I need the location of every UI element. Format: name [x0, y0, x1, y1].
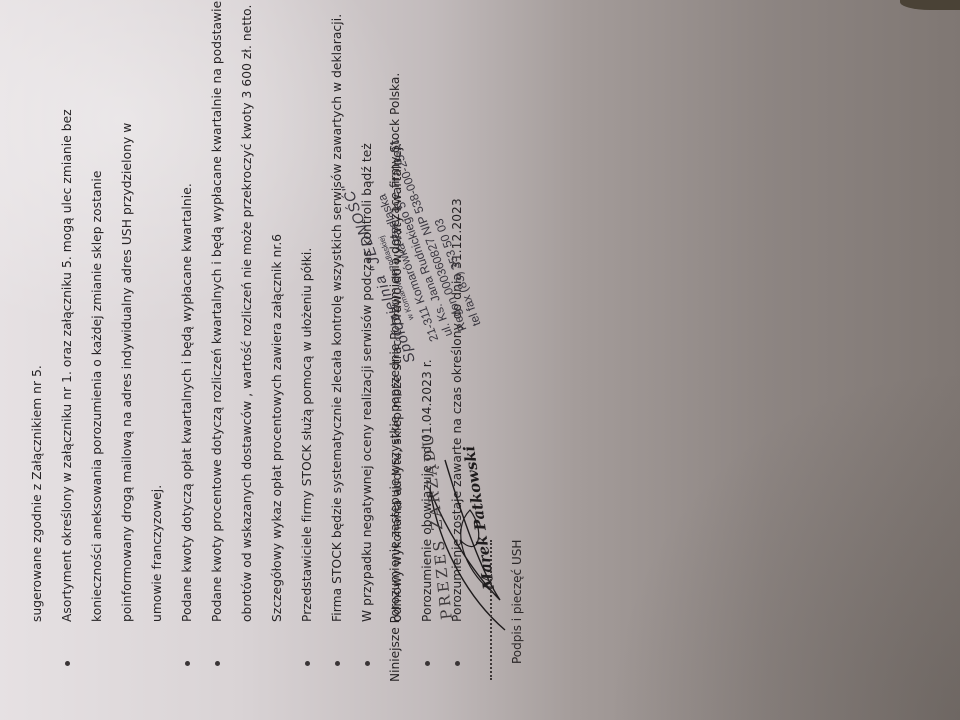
bullet-dot-icon [322, 660, 352, 666]
text-line: Podane kwoty procentowe dotyczą rozlicze… [202, 2, 232, 622]
text-line: umowie franczyzowej. [142, 2, 172, 622]
bullet-dot-icon [202, 660, 232, 666]
text-line: W przypadku negatywnej oceny realizacji … [352, 2, 382, 622]
text-line: Asortyment określony w załączniku nr 1. … [52, 2, 82, 622]
text-line: konieczności aneksowania porozumienia o … [82, 2, 112, 622]
bullet-dot-icon [412, 660, 442, 666]
bullet-item: Przedstawiciele firmy STOCK służą pomocą… [292, 2, 322, 622]
bullet-item: Asortyment określony w załączniku nr 1. … [52, 2, 172, 622]
text-line: poinformowany drogą mailową na adres ind… [112, 2, 142, 622]
text-line: sugerowane zgodnie z Załącznikiem nr 5. [22, 2, 52, 622]
bullet-dot-icon [292, 660, 322, 666]
text-line: Przedstawiciele firmy STOCK służą pomocą… [292, 2, 322, 622]
paragraph-continuation: sugerowane zgodnie z Załącznikiem nr 5. [22, 2, 52, 622]
signature-label: Podpis i pieczęć USH [510, 540, 524, 664]
signature-line [490, 540, 492, 680]
bullet-item: Podane kwoty procentowe dotyczą rozlicze… [202, 2, 292, 622]
background-edge [900, 0, 960, 10]
bullet-dot-icon [352, 660, 382, 666]
text-line: obrotów od wskazanych dostawców , wartoś… [232, 2, 262, 622]
document-sheet: sugerowane zgodnie z Załącznikiem nr 5.A… [0, 0, 560, 720]
bullet-dot-icon [172, 660, 202, 666]
bullet-item: Podane kwoty dotyczą opłat kwartalnych i… [172, 2, 202, 622]
text-line: Podane kwoty dotyczą opłat kwartalnych i… [172, 2, 202, 622]
text-line: Szczegółowy wykaz opłat procentowych zaw… [262, 2, 292, 622]
bullet-dot-icon [52, 660, 82, 666]
text-line: Firma STOCK będzie systematycznie zlecał… [322, 2, 352, 622]
signature-area: PREZES ZARZĄDU Marek Patkowski Podpis i … [440, 20, 560, 680]
bullet-item: Firma STOCK będzie systematycznie zlecał… [322, 2, 352, 622]
